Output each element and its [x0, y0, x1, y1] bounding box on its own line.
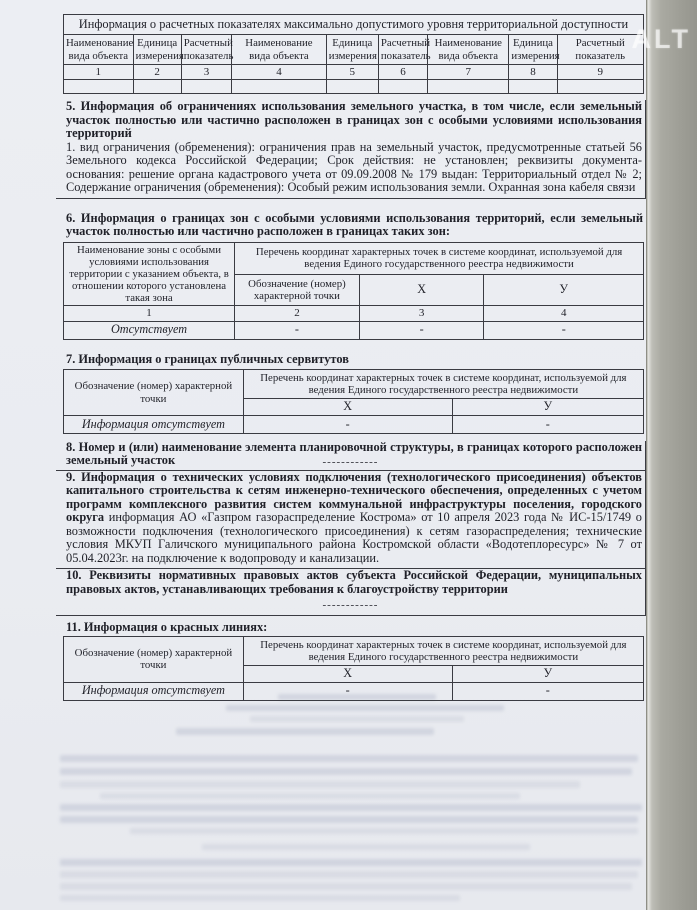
point-number-header: Обозначение (номер) характерной точки	[235, 274, 360, 306]
column-number-row: 1 2 3 4 5 6 7 8 9	[64, 65, 644, 80]
empty-cell	[428, 80, 509, 94]
section5-body: 1. вид ограничения (обременения): ограни…	[56, 141, 645, 195]
empty-cell	[232, 80, 327, 94]
point-number-header: Обозначение (номер) характерной точки	[64, 637, 244, 683]
scanner-edge-band	[646, 0, 697, 910]
x-column-header: Х	[243, 666, 452, 683]
section10-value: ------------	[56, 599, 645, 611]
col-number: 3	[359, 306, 484, 321]
col-number: 2	[235, 306, 360, 321]
col-header: Наименование вида объекта	[428, 35, 509, 65]
section-5-restrictions: 5. Информация об ограничениях использова…	[56, 100, 646, 199]
x-value: -	[243, 415, 452, 433]
empty-cell	[181, 80, 231, 94]
y-value: -	[484, 321, 644, 339]
col-header: Расчетный показатель	[557, 35, 644, 65]
public-servitudes-table: Обозначение (номер) характерной точки Пе…	[63, 369, 644, 434]
col-header: Единица измерения	[509, 35, 557, 65]
empty-cell	[509, 80, 557, 94]
empty-cell	[64, 80, 134, 94]
section-10-legal-acts: 10. Реквизиты нормативных правовых актов…	[56, 569, 646, 615]
col-header: Наименование вида объекта	[64, 35, 134, 65]
point-number-header: Обозначение (номер) характерной точки	[64, 370, 244, 416]
section10-heading: 10. Реквизиты нормативных правовых актов…	[56, 569, 645, 596]
y-value: -	[452, 682, 643, 700]
col-number: 6	[378, 65, 427, 80]
table-row: Информация отсутствует - -	[64, 415, 644, 433]
col-number: 9	[557, 65, 644, 80]
col-number: 1	[64, 306, 235, 321]
document-content: Информация о расчетных показателях макси…	[56, 14, 646, 701]
col-number: 3	[181, 65, 231, 80]
empty-cell	[133, 80, 181, 94]
coords-span-header: Перечень координат характерных точек в с…	[243, 637, 643, 666]
section8-value: ------------	[56, 456, 645, 468]
col-header: Единица измерения	[133, 35, 181, 65]
table-title: Информация о расчетных показателях макси…	[64, 15, 644, 35]
section5-heading: 5. Информация об ограничениях использова…	[56, 100, 645, 141]
column-number-row: 1 2 3 4	[64, 306, 644, 321]
col-header: Единица измерения	[326, 35, 378, 65]
section11-heading: 11. Информация о красных линиях:	[56, 621, 646, 635]
empty-data-row	[64, 80, 644, 94]
zone-absent-value: Отсутствует	[64, 321, 235, 339]
y-column-header: У	[484, 274, 644, 306]
col-header: Расчетный показатель	[181, 35, 231, 65]
col-header: Наименование вида объекта	[232, 35, 327, 65]
x-value: -	[243, 682, 452, 700]
info-absent-value: Информация отсутствует	[64, 415, 244, 433]
section7-heading: 7. Информация о границах публичных серви…	[56, 353, 646, 367]
section-9-technical-conditions: 9. Информация о технических условиях под…	[56, 471, 646, 570]
zone-name-header: Наименование зоны с особыми условиями ис…	[64, 242, 235, 305]
x-column-header: Х	[359, 274, 484, 306]
col-number: 5	[326, 65, 378, 80]
table-row: Информация отсутствует - -	[64, 682, 644, 700]
y-column-header: У	[452, 666, 643, 683]
table-title-row: Информация о расчетных показателях макси…	[64, 15, 644, 35]
col-number: 7	[428, 65, 509, 80]
section9-body: информация АО «Газпром газораспределение…	[66, 510, 642, 565]
empty-cell	[557, 80, 644, 94]
x-column-header: Х	[243, 399, 452, 416]
point-value: -	[235, 321, 360, 339]
empty-cell	[378, 80, 427, 94]
y-value: -	[452, 415, 643, 433]
col-number: 8	[509, 65, 557, 80]
info-absent-value: Информация отсутствует	[64, 682, 244, 700]
watermark: ALT	[632, 24, 691, 55]
accessibility-indicators-table: Информация о расчетных показателях макси…	[63, 14, 644, 94]
col-number: 4	[232, 65, 327, 80]
coords-span-header: Перечень координат характерных точек в с…	[243, 370, 643, 399]
y-column-header: У	[452, 399, 643, 416]
section-8-planning-element: 8. Номер и (или) наименование элемента п…	[56, 441, 646, 471]
red-lines-table: Обозначение (номер) характерной точки Пе…	[63, 636, 644, 701]
empty-cell	[326, 80, 378, 94]
section6-heading: 6. Информация о границах зон с особыми у…	[56, 212, 646, 239]
coords-span-header: Перечень координат характерных точек в с…	[235, 242, 644, 274]
x-value: -	[359, 321, 484, 339]
col-header: Расчетный показатель	[378, 35, 427, 65]
special-zones-table: Наименование зоны с особыми условиями ис…	[63, 242, 644, 340]
col-number: 1	[64, 65, 134, 80]
col-number: 4	[484, 306, 644, 321]
scanned-document-page: { "watermark": "ALT", "top_table": { "ti…	[0, 0, 697, 910]
col-number: 2	[133, 65, 181, 80]
table-row: Отсутствует - - -	[64, 321, 644, 339]
table-header-row: Наименование вида объекта Единица измере…	[64, 35, 644, 65]
